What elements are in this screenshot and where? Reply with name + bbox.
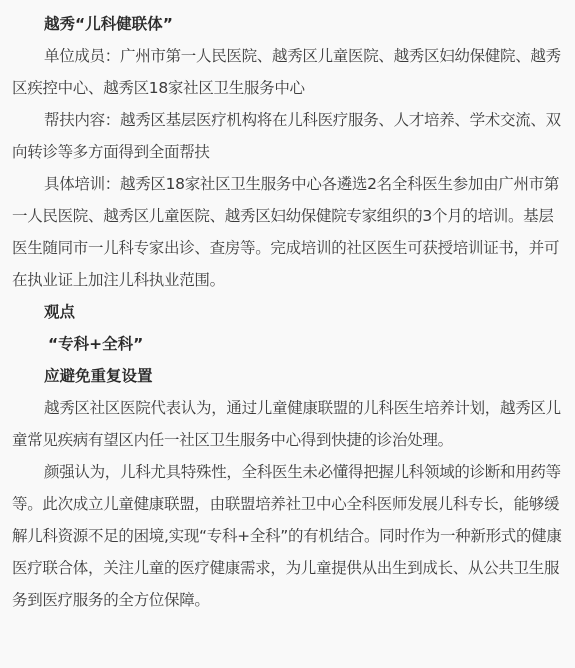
section-heading-alliance: 越秀“儿科健联体” bbox=[12, 8, 567, 40]
paragraph-members: 单位成员：广州市第一人民医院、越秀区儿童医院、越秀区妇幼保健院、越秀区疾控中心、… bbox=[12, 40, 567, 104]
paragraph-support: 帮扶内容：越秀区基层医疗机构将在儿科医疗服务、人才培养、学术交流、双向转诊等多方… bbox=[12, 104, 567, 168]
paragraph-yan-qiang-view: 颜强认为，儿科尤具特殊性，全科医生未必懂得把握儿科领域的诊断和用药等等。此次成立… bbox=[12, 456, 567, 616]
paragraph-training: 具体培训：越秀区18家社区卫生服务中心各遴选2名全科医生参加由广州市第一人民医院… bbox=[12, 168, 567, 296]
section-subheading-avoid-duplication: 应避免重复设置 bbox=[12, 360, 567, 392]
section-heading-viewpoint: 观点 bbox=[12, 296, 567, 328]
section-quote-specialty-general: “专科+全科” bbox=[12, 328, 567, 360]
paragraph-community-hospital-view: 越秀区社区医院代表认为，通过儿童健康联盟的儿科医生培养计划，越秀区儿童常见疾病有… bbox=[12, 392, 567, 456]
article-body: 越秀“儿科健联体” 单位成员：广州市第一人民医院、越秀区儿童医院、越秀区妇幼保健… bbox=[0, 0, 567, 616]
